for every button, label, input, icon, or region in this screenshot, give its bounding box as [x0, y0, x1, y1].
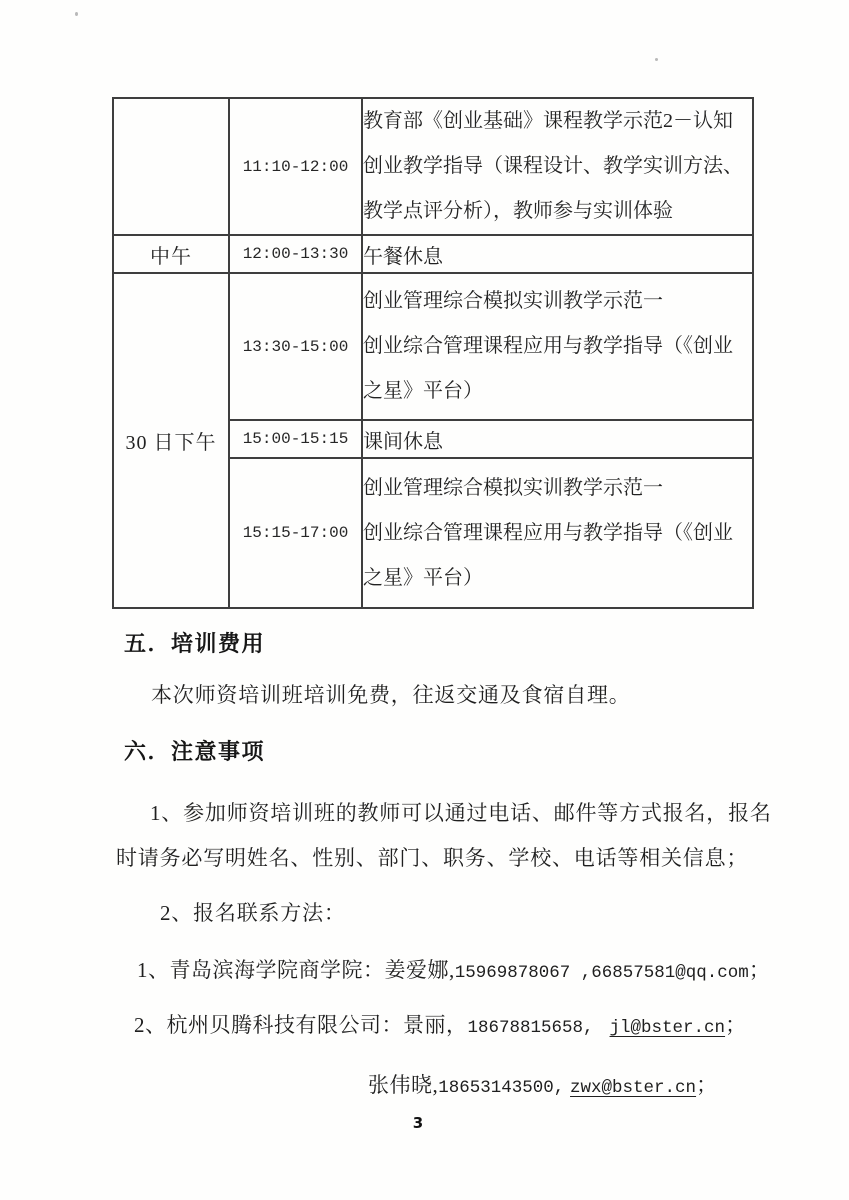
session-cell: 创业管理综合模拟实训教学示范一 创业综合管理课程应用与教学指导（《创业 之星》平…	[362, 273, 753, 420]
notes-item1-line1: 1、参加师资培训班的教师可以通过电话、邮件等方式报名，报名	[150, 798, 772, 828]
contact-prefix: 1、青岛滨海学院商学院：姜爱娜,	[137, 958, 455, 982]
session-line: 教学点评分析），教师参与实训体验	[363, 189, 752, 234]
notes-item1-line2: 时请务必写明姓名、性别、部门、职务、学校、电话等相关信息；	[116, 843, 748, 873]
time-cell: 15:00-15:15	[229, 420, 362, 458]
session-cell: 教育部《创业基础》课程教学示范2－认知 创业教学指导（课程设计、教学实训方法、 …	[362, 98, 753, 235]
section-fee-heading: 五．培训费用	[124, 631, 265, 659]
contact-suffix: ；	[725, 1013, 747, 1037]
scan-speck	[655, 58, 658, 61]
scanned-document-page: 11:10-12:00 教育部《创业基础》课程教学示范2－认知 创业教学指导（课…	[0, 0, 849, 1200]
table-row: 30 日下午 13:30-15:00 创业管理综合模拟实训教学示范一 创业综合管…	[113, 273, 753, 420]
contact-prefix: 张伟晓,	[368, 1073, 438, 1097]
contact-line-hangzhou: 2、杭州贝腾科技有限公司：景丽，18678815658,jl@bster.cn；	[134, 1010, 747, 1043]
session-line: 创业综合管理课程应用与教学指导（《创业	[363, 324, 752, 369]
session-line: 课间休息	[363, 425, 752, 454]
session-cell: 课间休息	[362, 420, 753, 458]
session-line: 创业教学指导（课程设计、教学实训方法、	[363, 144, 752, 189]
period-cell	[113, 98, 229, 235]
session-line: 之星》平台）	[363, 369, 752, 414]
table-row: 11:10-12:00 教育部《创业基础》课程教学示范2－认知 创业教学指导（课…	[113, 98, 753, 235]
time-cell: 11:10-12:00	[229, 98, 362, 235]
time-cell: 15:15-17:00	[229, 458, 362, 608]
contact-suffix: ；	[749, 958, 771, 982]
session-line: 教育部《创业基础》课程教学示范2－认知	[363, 99, 752, 144]
notes-item2: 2、报名联系方法：	[160, 898, 346, 928]
contact-prefix: 2、杭州贝腾科技有限公司：景丽，	[134, 1013, 468, 1037]
session-cell: 午餐休息	[362, 235, 753, 273]
time-cell: 12:00-13:30	[229, 235, 362, 273]
period-cell: 中午	[113, 235, 229, 273]
contact-phone: 15969878067 ,	[455, 963, 592, 983]
section-fee-body: 本次师资培训班培训免费，往返交通及食宿自理。	[151, 680, 631, 710]
session-line: 创业管理综合模拟实训教学示范一	[363, 279, 752, 324]
period-cell: 30 日下午	[113, 273, 229, 608]
contact-email: jl@bster.cn	[610, 1018, 726, 1038]
time-cell: 13:30-15:00	[229, 273, 362, 420]
session-line: 午餐休息	[363, 240, 752, 269]
contact-email: 66857581@qq.com	[591, 963, 749, 983]
contact-line-zhangweixiao: 张伟晓,18653143500, zwx@bster.cn；	[368, 1070, 718, 1103]
session-cell: 创业管理综合模拟实训教学示范一 创业综合管理课程应用与教学指导（《创业 之星》平…	[362, 458, 753, 608]
session-line: 之星》平台）	[363, 556, 752, 601]
contact-phone: 18653143500,	[438, 1078, 564, 1098]
table-row: 中午 12:00-13:30 午餐休息	[113, 235, 753, 273]
contact-suffix: ；	[696, 1073, 718, 1097]
scan-speck	[75, 12, 78, 16]
contact-phone: 18678815658,	[468, 1018, 594, 1038]
page-number: 3	[406, 1114, 430, 1132]
session-line: 创业综合管理课程应用与教学指导（《创业	[363, 511, 752, 556]
session-line: 创业管理综合模拟实训教学示范一	[363, 466, 752, 511]
contact-email: zwx@bster.cn	[570, 1078, 696, 1098]
schedule-table: 11:10-12:00 教育部《创业基础》课程教学示范2－认知 创业教学指导（课…	[112, 97, 754, 609]
section-notes-heading: 六．注意事项	[124, 739, 265, 767]
contact-line-qingdao: 1、青岛滨海学院商学院：姜爱娜,15969878067 ,66857581@qq…	[137, 955, 770, 988]
